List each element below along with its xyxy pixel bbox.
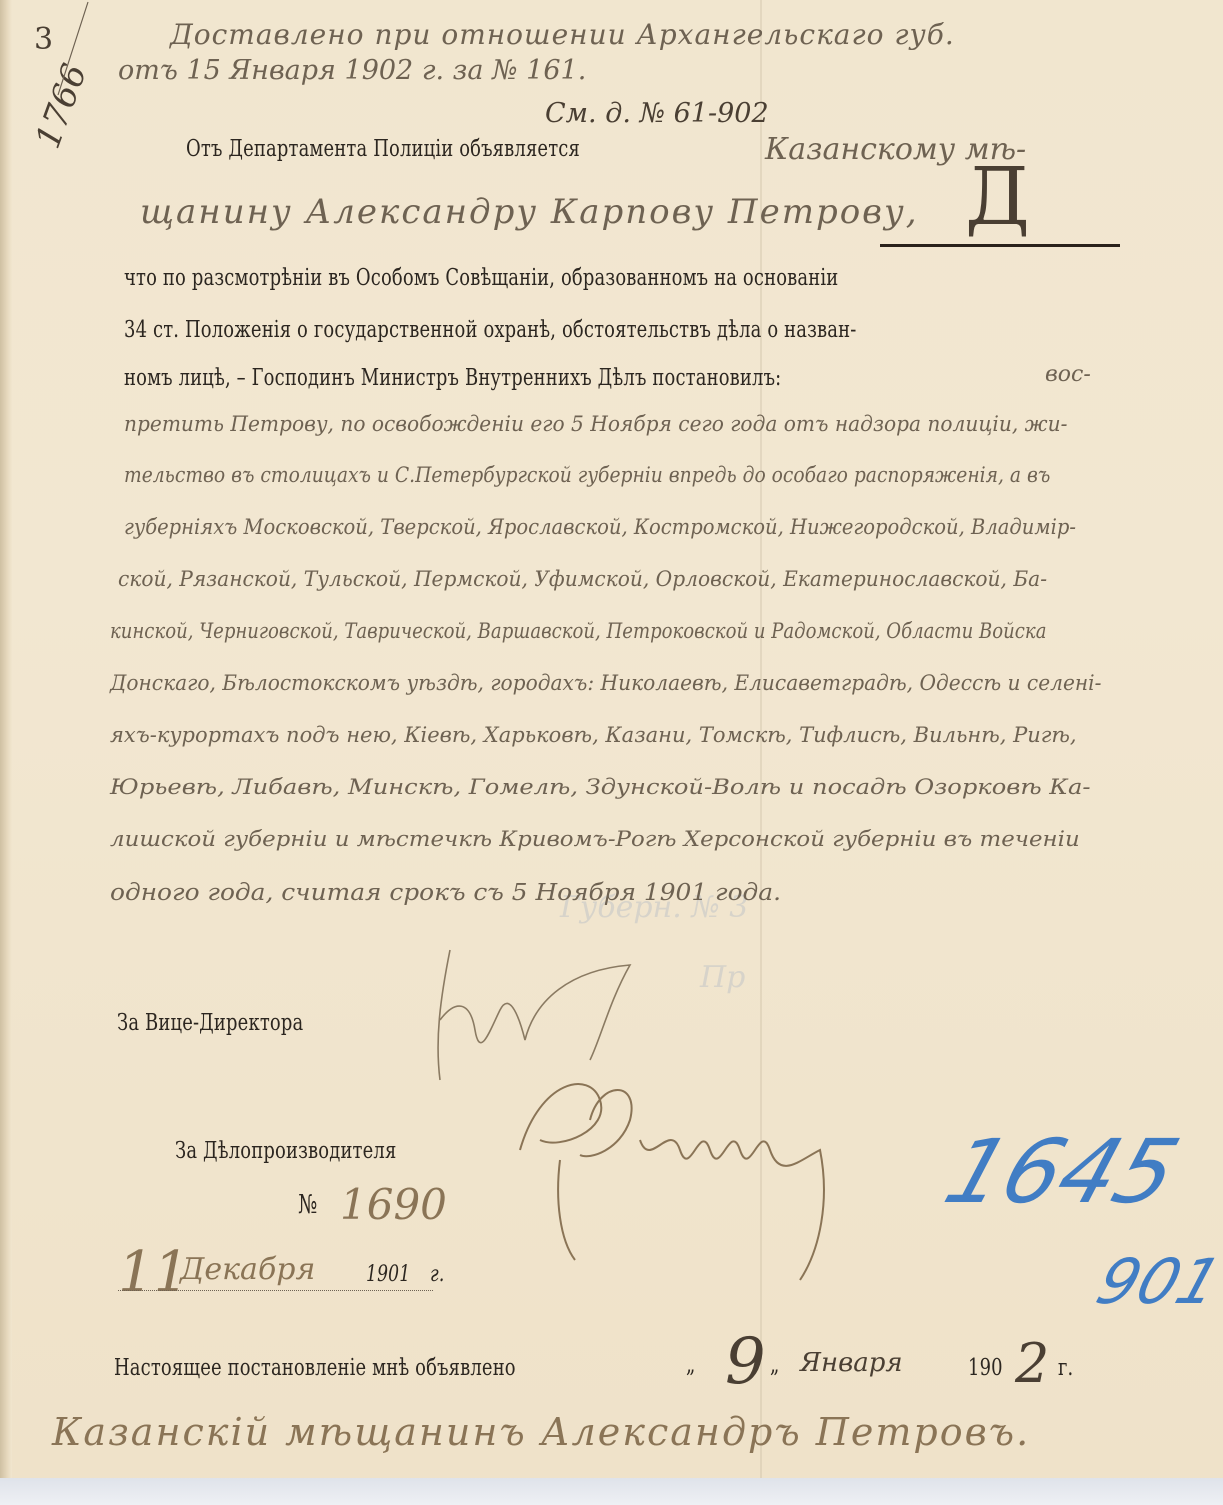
show-through-mark: Пр [700, 960, 745, 995]
hand-line-9: лишской губерніи и мѣстечкѣ Кривомъ-Рогѣ… [110, 827, 1080, 851]
header-annotation-line3: См. д. № 61-902 [545, 98, 769, 129]
header-annotation-line1: Доставлено при отношении Архангельскаго … [170, 18, 955, 51]
ack-day: 9 [725, 1325, 766, 1399]
ack-open-quote: „ [686, 1352, 695, 1378]
hand-line-1: претить Петрову, по освобожденіи его 5 Н… [124, 412, 1067, 436]
ack-year-printed: 190 [968, 1355, 1003, 1381]
number-label: № [298, 1190, 317, 1220]
acknowledgement-signature: Казанскій мѣщанинъ Александръ Петровъ. [52, 1410, 1030, 1454]
ack-suffix: г. [1058, 1355, 1073, 1381]
margin-mark: Д [965, 150, 1030, 243]
clerk-signature [500, 1060, 880, 1310]
ack-close-quote: „ [770, 1352, 779, 1378]
hand-line-2: тельство въ столицахъ и С.Петербургской … [124, 463, 1050, 487]
number-value: 1690 [340, 1180, 447, 1229]
document-page: Губерн. № 3 Пр 3 1766 Доставлено при отн… [0, 0, 1223, 1478]
date-suffix: г. [430, 1262, 444, 1287]
date-month: Декабря [180, 1252, 315, 1287]
body-handwritten-start: вос- [1045, 362, 1091, 387]
hand-line-3: губерніяхъ Московской, Тверской, Ярослав… [124, 515, 1076, 539]
body-line-2: 34 ст. Положенія о государственной охран… [124, 317, 857, 343]
paper-edge [0, 0, 12, 1478]
hand-line-10: одного года, считая срокъ съ 5 Ноября 19… [110, 880, 781, 906]
clerk-label: За Дѣлопроизводителя [175, 1138, 396, 1164]
hand-line-4: ской, Рязанской, Тульской, Пермской, Уфи… [118, 567, 1047, 591]
ack-year-hand: 2 [1015, 1332, 1049, 1395]
intro-handwritten-2: щанину Александру Карпову Петрову, [140, 192, 919, 232]
name-underline [880, 244, 1120, 247]
vice-director-label: За Вице-Директора [117, 1010, 303, 1036]
hand-line-5: кинской, Черниговской, Таврической, Варш… [110, 619, 1046, 643]
hand-line-7: яхъ-курортахъ подъ нею, Кіевѣ, Харьковѣ,… [110, 723, 1077, 747]
hand-line-6: Донскаго, Бѣлостокскомъ уѣздѣ, городахъ:… [110, 671, 1101, 695]
margin-slash [30, 0, 90, 100]
blue-pencil-sub: 901 [1088, 1245, 1223, 1318]
intro-printed: Отъ Департамента Полиціи объявляется [186, 136, 580, 162]
ack-month: Января [800, 1348, 903, 1378]
header-annotation-line2: отъ 15 Января 1902 г. за № 161. [118, 55, 586, 86]
acknowledgement-printed: Настоящее постановленіе мнѣ объявлено [114, 1355, 516, 1381]
date-underline [118, 1290, 433, 1291]
date-year: 1901 [366, 1262, 410, 1287]
date-day: 11 [118, 1240, 189, 1305]
blue-pencil-number: 1645 [933, 1120, 1190, 1223]
hand-line-8: Юрьевѣ, Либавѣ, Минскѣ, Гомелѣ, Здунской… [110, 775, 1091, 799]
body-line-3: номъ лицѣ, – Господинъ Министръ Внутренн… [124, 365, 781, 391]
scan-background-strip [0, 1478, 1223, 1505]
body-line-1: что по разсмотрѣніи въ Особомъ Совѣщаніи… [124, 265, 838, 291]
